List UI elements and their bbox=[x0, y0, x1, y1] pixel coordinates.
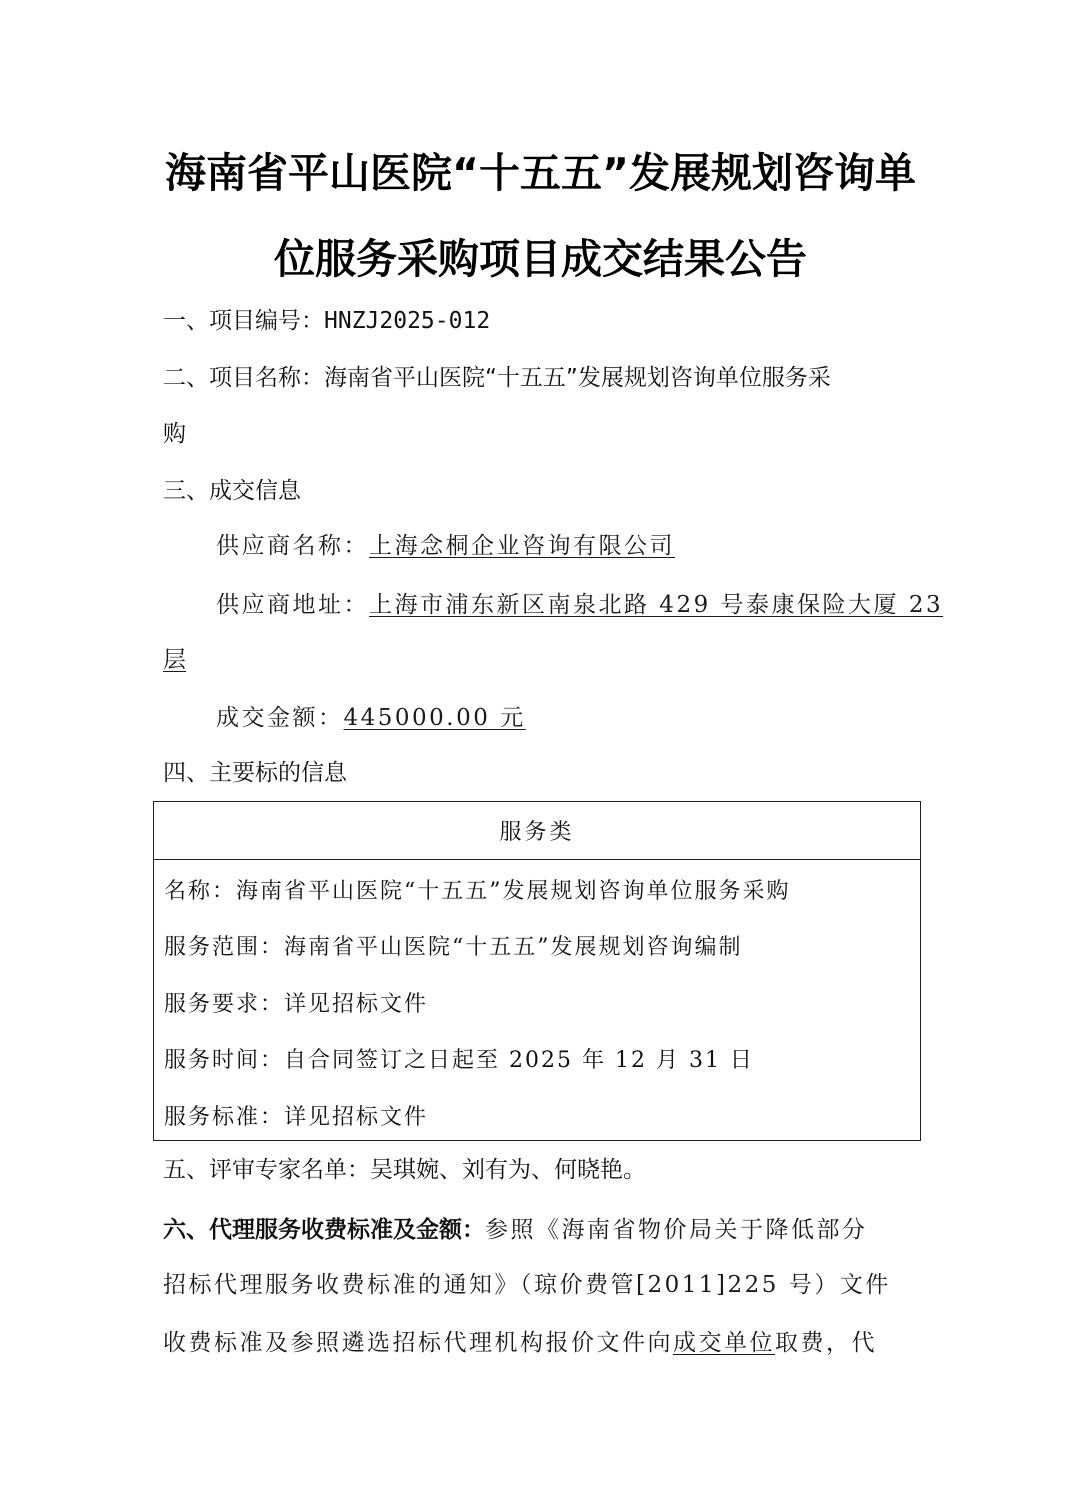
review-experts-value: 吴琪婉、刘有为、何晓艳。 bbox=[370, 1157, 646, 1183]
table-row: 名称：海南省平山医院“十五五”发展规划咨询单位服务采购 bbox=[164, 874, 791, 905]
table-row: 服务时间：自合同签订之日起至 2025 年 12 月 31 日 bbox=[164, 1043, 754, 1074]
agency-fee-line-3: 收费标准及参照遴选招标代理机构报价文件向成交单位取费，代 bbox=[163, 1328, 877, 1358]
supplier-address: 供应商地址：上海市浦东新区南泉北路 429 号泰康保险大厦 23 bbox=[216, 590, 943, 620]
project-number: 一、项目编号：HNZJ2025-012 bbox=[163, 306, 490, 336]
supplier-address-label: 供应商地址： bbox=[216, 592, 369, 618]
agency-fee-text-3b: 取费，代 bbox=[775, 1330, 877, 1356]
deal-amount-value: 445000.00 元 bbox=[344, 705, 526, 731]
review-experts: 五、评审专家名单：吴琪婉、刘有为、何晓艳。 bbox=[163, 1155, 646, 1185]
agency-fee-label: 六、代理服务收费标准及金额： bbox=[163, 1217, 485, 1243]
supplier-address-value-line-1: 上海市浦东新区南泉北路 429 号泰康保险大厦 23 bbox=[369, 592, 943, 618]
deal-info-heading: 三、成交信息 bbox=[163, 476, 301, 506]
table-header: 服务类 bbox=[154, 802, 920, 860]
subject-info-heading: 四、主要标的信息 bbox=[163, 758, 347, 788]
project-number-label: 一、项目编号： bbox=[163, 308, 324, 334]
document-title-line-2: 位服务采购项目成交结果公告 bbox=[163, 226, 918, 285]
subject-info-table: 服务类 名称：海南省平山医院“十五五”发展规划咨询单位服务采购 服务范围：海南省… bbox=[153, 801, 921, 1141]
agency-fee-text-3a: 收费标准及参照遴选招标代理机构报价文件向 bbox=[163, 1330, 673, 1356]
project-name-continued: 购 bbox=[163, 419, 186, 449]
supplier-name-label: 供应商名称： bbox=[216, 533, 369, 559]
agency-fee-deal-unit: 成交单位 bbox=[673, 1330, 775, 1356]
supplier-name-value: 上海念桐企业咨询有限公司 bbox=[369, 533, 675, 559]
review-experts-label: 五、评审专家名单： bbox=[163, 1157, 370, 1183]
document-title-line-1: 海南省平山医院“十五五”发展规划咨询单 bbox=[163, 140, 918, 199]
project-name-value-line-1: 海南省平山医院“十五五”发展规划咨询单位服务采 bbox=[324, 365, 831, 391]
project-name-label: 二、项目名称： bbox=[163, 365, 324, 391]
supplier-address-continued: 层 bbox=[163, 645, 186, 675]
agency-fee-line-2: 招标代理服务收费标准的通知》（琼价费管[2011]225 号）文件 bbox=[163, 1270, 891, 1300]
agency-fee-line-1: 六、代理服务收费标准及金额：参照《海南省物价局关于降低部分 bbox=[163, 1215, 868, 1245]
table-row: 服务范围：海南省平山医院“十五五”发展规划咨询编制 bbox=[164, 930, 743, 961]
agency-fee-text-1: 参照《海南省物价局关于降低部分 bbox=[485, 1217, 868, 1243]
supplier-address-value-line-2: 层 bbox=[163, 647, 186, 673]
table-row: 服务要求：详见招标文件 bbox=[164, 987, 428, 1018]
deal-amount: 成交金额：445000.00 元 bbox=[216, 703, 526, 733]
supplier-name: 供应商名称：上海念桐企业咨询有限公司 bbox=[216, 531, 675, 561]
deal-amount-label: 成交金额： bbox=[216, 705, 344, 731]
project-number-value: HNZJ2025-012 bbox=[324, 308, 490, 334]
table-row: 服务标准：详见招标文件 bbox=[164, 1100, 428, 1131]
project-name: 二、项目名称：海南省平山医院“十五五”发展规划咨询单位服务采 bbox=[163, 363, 831, 393]
